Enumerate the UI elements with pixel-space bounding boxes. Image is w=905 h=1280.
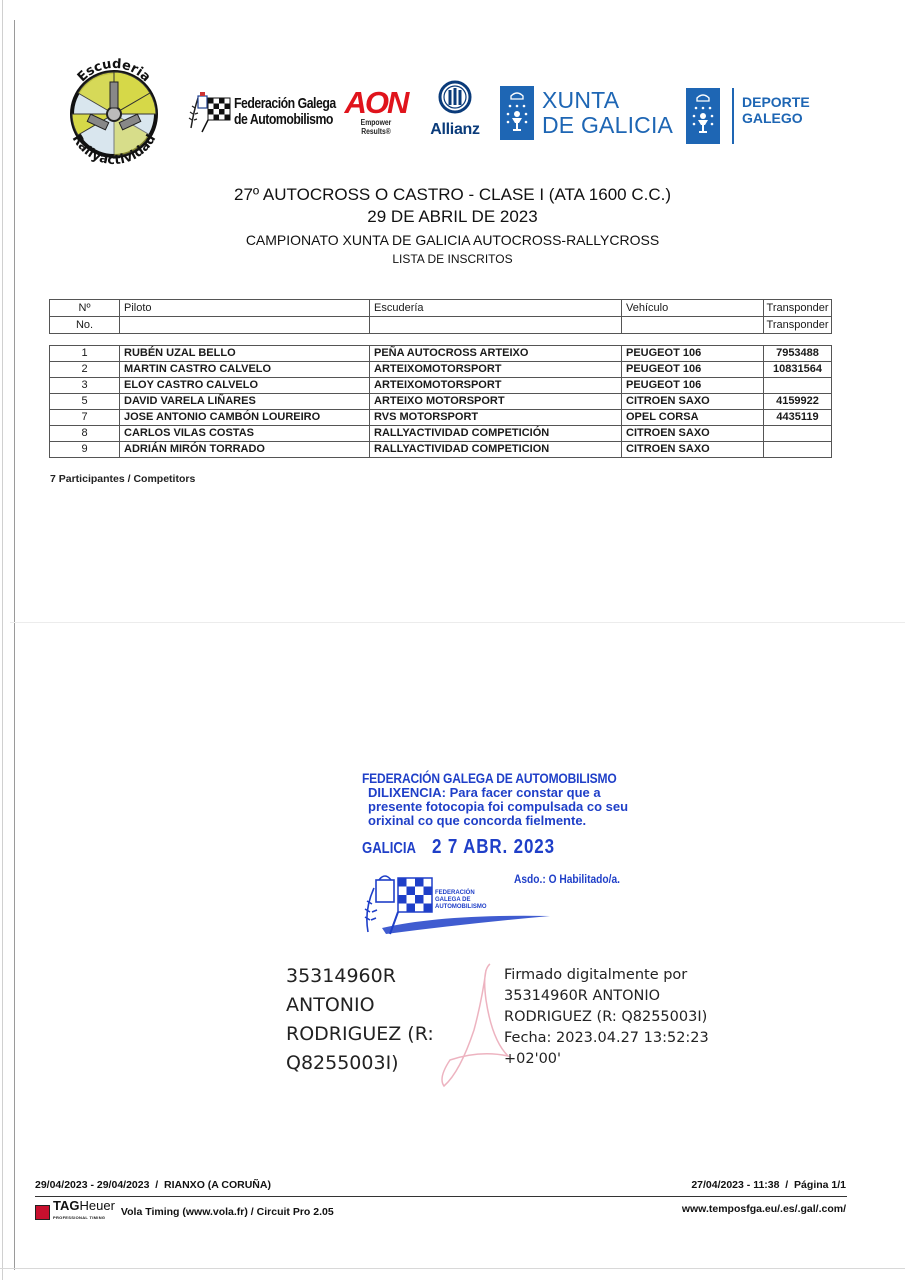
certification-stamp: FEDERACIÓN GALEGA DE AUTOMOBILISMO DILIX…: [362, 770, 652, 859]
fold-line: [10, 622, 905, 623]
cell-no: 5: [50, 394, 120, 410]
stamp-emblem-text: FEDERACIÓN GALEGA DE AUTOMOBILISMO: [435, 890, 495, 911]
cell-escuderia: PEÑA AUTOCROSS ARTEIXO: [370, 346, 622, 362]
col-header-vehiculo-en: [622, 317, 764, 334]
cell-transponder: 7953488: [764, 346, 832, 362]
cell-escuderia: ARTEIXOMOTORSPORT: [370, 378, 622, 394]
table-row: 5DAVID VARELA LIÑARESARTEIXO MOTORSPORTC…: [50, 394, 832, 410]
participants-count: 7 Participantes / Competitors: [50, 473, 195, 485]
cell-transponder: [764, 442, 832, 458]
cell-no: 2: [50, 362, 120, 378]
fga-emblem-icon: [188, 90, 232, 134]
cell-vehiculo: CITROEN SAXO: [622, 426, 764, 442]
aon-mark: AON: [340, 88, 412, 118]
page-bottom-edge: [0, 1268, 905, 1269]
table-row: 8CARLOS VILAS COSTASRALLYACTIVIDAD COMPE…: [50, 426, 832, 442]
signature-detail-line: Firmado digitalmente por: [504, 965, 764, 986]
xunta-line2: DE GALICIA: [542, 113, 673, 138]
stamp-place: GALICIA: [362, 840, 416, 858]
cell-vehiculo: PEUGEOT 106: [622, 362, 764, 378]
entries-table: 1RUBÉN UZAL BELLOPEÑA AUTOCROSS ARTEIXOP…: [49, 345, 832, 458]
fga-line2: de Automobilismo: [234, 112, 336, 128]
col-header-no-en: No.: [50, 317, 120, 334]
allianz-name: Allianz: [426, 121, 484, 139]
signer-line: ANTONIO: [286, 991, 466, 1020]
cell-piloto: RUBÉN UZAL BELLO: [120, 346, 370, 362]
cell-vehiculo: PEUGEOT 106: [622, 378, 764, 394]
cell-piloto: DAVID VARELA LIÑARES: [120, 394, 370, 410]
cell-piloto: MARTIN CASTRO CALVELO: [120, 362, 370, 378]
footer-website-link[interactable]: www.temposfga.eu/.es/.gal/.com/: [682, 1203, 846, 1215]
cell-no: 8: [50, 426, 120, 442]
championship-name: CAMPIONATO XUNTA DE GALICIA AUTOCROSS-RA…: [0, 230, 905, 250]
cell-piloto: ADRIÁN MIRÓN TORRADO: [120, 442, 370, 458]
col-header-piloto: Piloto: [120, 300, 370, 317]
stamp-date: 2 7 ABR. 2023: [432, 836, 555, 859]
event-title: 27º AUTOCROSS O CASTRO - CLASE I (ATA 16…: [0, 184, 905, 206]
cell-vehiculo: PEUGEOT 106: [622, 346, 764, 362]
fga-logo: Federación Galega de Automobilismo: [188, 90, 358, 134]
header-row: No. Transponder: [50, 317, 832, 334]
galicia-coat-of-arms-icon: [686, 88, 720, 144]
cell-no: 7: [50, 410, 120, 426]
event-date: 29 DE ABRIL DE 2023: [0, 206, 905, 228]
cell-piloto: JOSE ANTONIO CAMBÓN LOUREIRO: [120, 410, 370, 426]
deporte-divider: [732, 88, 734, 144]
cell-no: 9: [50, 442, 120, 458]
signature-detail-line: 35314960R ANTONIO: [504, 986, 764, 1007]
allianz-eagle-icon: [438, 80, 472, 114]
list-title: LISTA DE INSCRITOS: [0, 250, 905, 268]
header-row: Nº Piloto Escudería Vehículo Transponder: [50, 300, 832, 317]
cell-escuderia: RVS MOTORSPORT: [370, 410, 622, 426]
col-header-escuderia-en: [370, 317, 622, 334]
cell-transponder: [764, 426, 832, 442]
table-row: 3ELOY CASTRO CALVELOARTEIXOMOTORSPORTPEU…: [50, 378, 832, 394]
signer-line: 35314960R: [286, 962, 466, 991]
cell-transponder: [764, 378, 832, 394]
cell-transponder: 4435119: [764, 410, 832, 426]
footer-divider: [35, 1196, 847, 1197]
signature-detail-line: Fecha: 2023.04.27 13:52:23: [504, 1028, 764, 1049]
col-header-escuderia: Escudería: [370, 300, 622, 317]
signature-details: Firmado digitalmente por 35314960R ANTON…: [504, 965, 764, 1070]
tag-heuer-shield-icon: [35, 1205, 50, 1220]
footer-print-date-page: 27/04/2023 - 11:38 / Página 1/1: [691, 1179, 846, 1191]
col-header-transponder-en: Transponder: [764, 317, 832, 334]
signer-name-block: 35314960R ANTONIO RODRIGUEZ (R: Q8255003…: [286, 962, 466, 1078]
galicia-coat-of-arms-icon: [500, 86, 534, 140]
signer-line: Q8255003I): [286, 1049, 466, 1078]
deporte-line1: DEPORTE: [742, 94, 810, 110]
cell-vehiculo: OPEL CORSA: [622, 410, 764, 426]
stamp-text: DILIXENCIA: Para facer constar que a pre…: [368, 786, 636, 828]
escuderia-rallyactividad-logo: Escuderia Rallyactividad: [58, 52, 170, 170]
table-row: 7JOSE ANTONIO CAMBÓN LOUREIRORVS MOTORSP…: [50, 410, 832, 426]
col-header-vehiculo: Vehículo: [622, 300, 764, 317]
cell-escuderia: RALLYACTIVIDAD COMPETICIÓN: [370, 426, 622, 442]
deporte-galego-logo: DEPORTE GALEGO: [686, 88, 810, 144]
tag-heuer-word: TAGHeuer: [53, 1198, 115, 1213]
aon-logo: AON Empower Results®: [340, 88, 412, 136]
table-row: 1RUBÉN UZAL BELLOPEÑA AUTOCROSS ARTEIXOP…: [50, 346, 832, 362]
table-row: 9ADRIÁN MIRÓN TORRADORALLYACTIVIDAD COMP…: [50, 442, 832, 458]
cell-no: 3: [50, 378, 120, 394]
stamp-organization: FEDERACIÓN GALEGA DE AUTOMOBILISMO: [362, 770, 611, 786]
entries-header-table: Nº Piloto Escudería Vehículo Transponder…: [49, 299, 832, 334]
cell-transponder: 10831564: [764, 362, 832, 378]
tag-heuer-sub: PROFESSIONAL TIMING: [53, 1212, 115, 1224]
col-header-transponder: Transponder: [764, 300, 832, 317]
fga-line1: Federación Galega: [234, 96, 336, 112]
footer-timing-credit: TAGHeuer PROFESSIONAL TIMING Vola Timing…: [35, 1200, 334, 1224]
timing-software: Vola Timing (www.vola.fr) / Circuit Pro …: [121, 1206, 334, 1218]
table-row: 2MARTIN CASTRO CALVELOARTEIXOMOTORSPORTP…: [50, 362, 832, 378]
cell-no: 1: [50, 346, 120, 362]
tag-heuer-logo: TAGHeuer PROFESSIONAL TIMING: [35, 1200, 115, 1224]
signature-detail-line: RODRIGUEZ (R: Q8255003I): [504, 1007, 764, 1028]
signature-detail-line: +02'00': [504, 1049, 764, 1070]
cell-piloto: CARLOS VILAS COSTAS: [120, 426, 370, 442]
footer-event-dates-location: 29/04/2023 - 29/04/2023 / RIANXO (A CORU…: [35, 1179, 271, 1191]
xunta-de-galicia-logo: XUNTA DE GALICIA: [500, 86, 673, 140]
deporte-line2: GALEGO: [742, 110, 810, 126]
cell-transponder: 4159922: [764, 394, 832, 410]
cell-escuderia: RALLYACTIVIDAD COMPETICION: [370, 442, 622, 458]
col-header-no: Nº: [50, 300, 120, 317]
document-header: 27º AUTOCROSS O CASTRO - CLASE I (ATA 16…: [0, 184, 905, 268]
cell-escuderia: ARTEIXO MOTORSPORT: [370, 394, 622, 410]
col-header-piloto-en: [120, 317, 370, 334]
allianz-logo: Allianz: [426, 80, 484, 139]
signer-line: RODRIGUEZ (R:: [286, 1020, 466, 1049]
cell-escuderia: ARTEIXOMOTORSPORT: [370, 362, 622, 378]
cell-vehiculo: CITROEN SAXO: [622, 442, 764, 458]
xunta-line1: XUNTA: [542, 88, 673, 113]
aon-tagline: Empower Results®: [345, 118, 406, 136]
cell-piloto: ELOY CASTRO CALVELO: [120, 378, 370, 394]
cell-vehiculo: CITROEN SAXO: [622, 394, 764, 410]
